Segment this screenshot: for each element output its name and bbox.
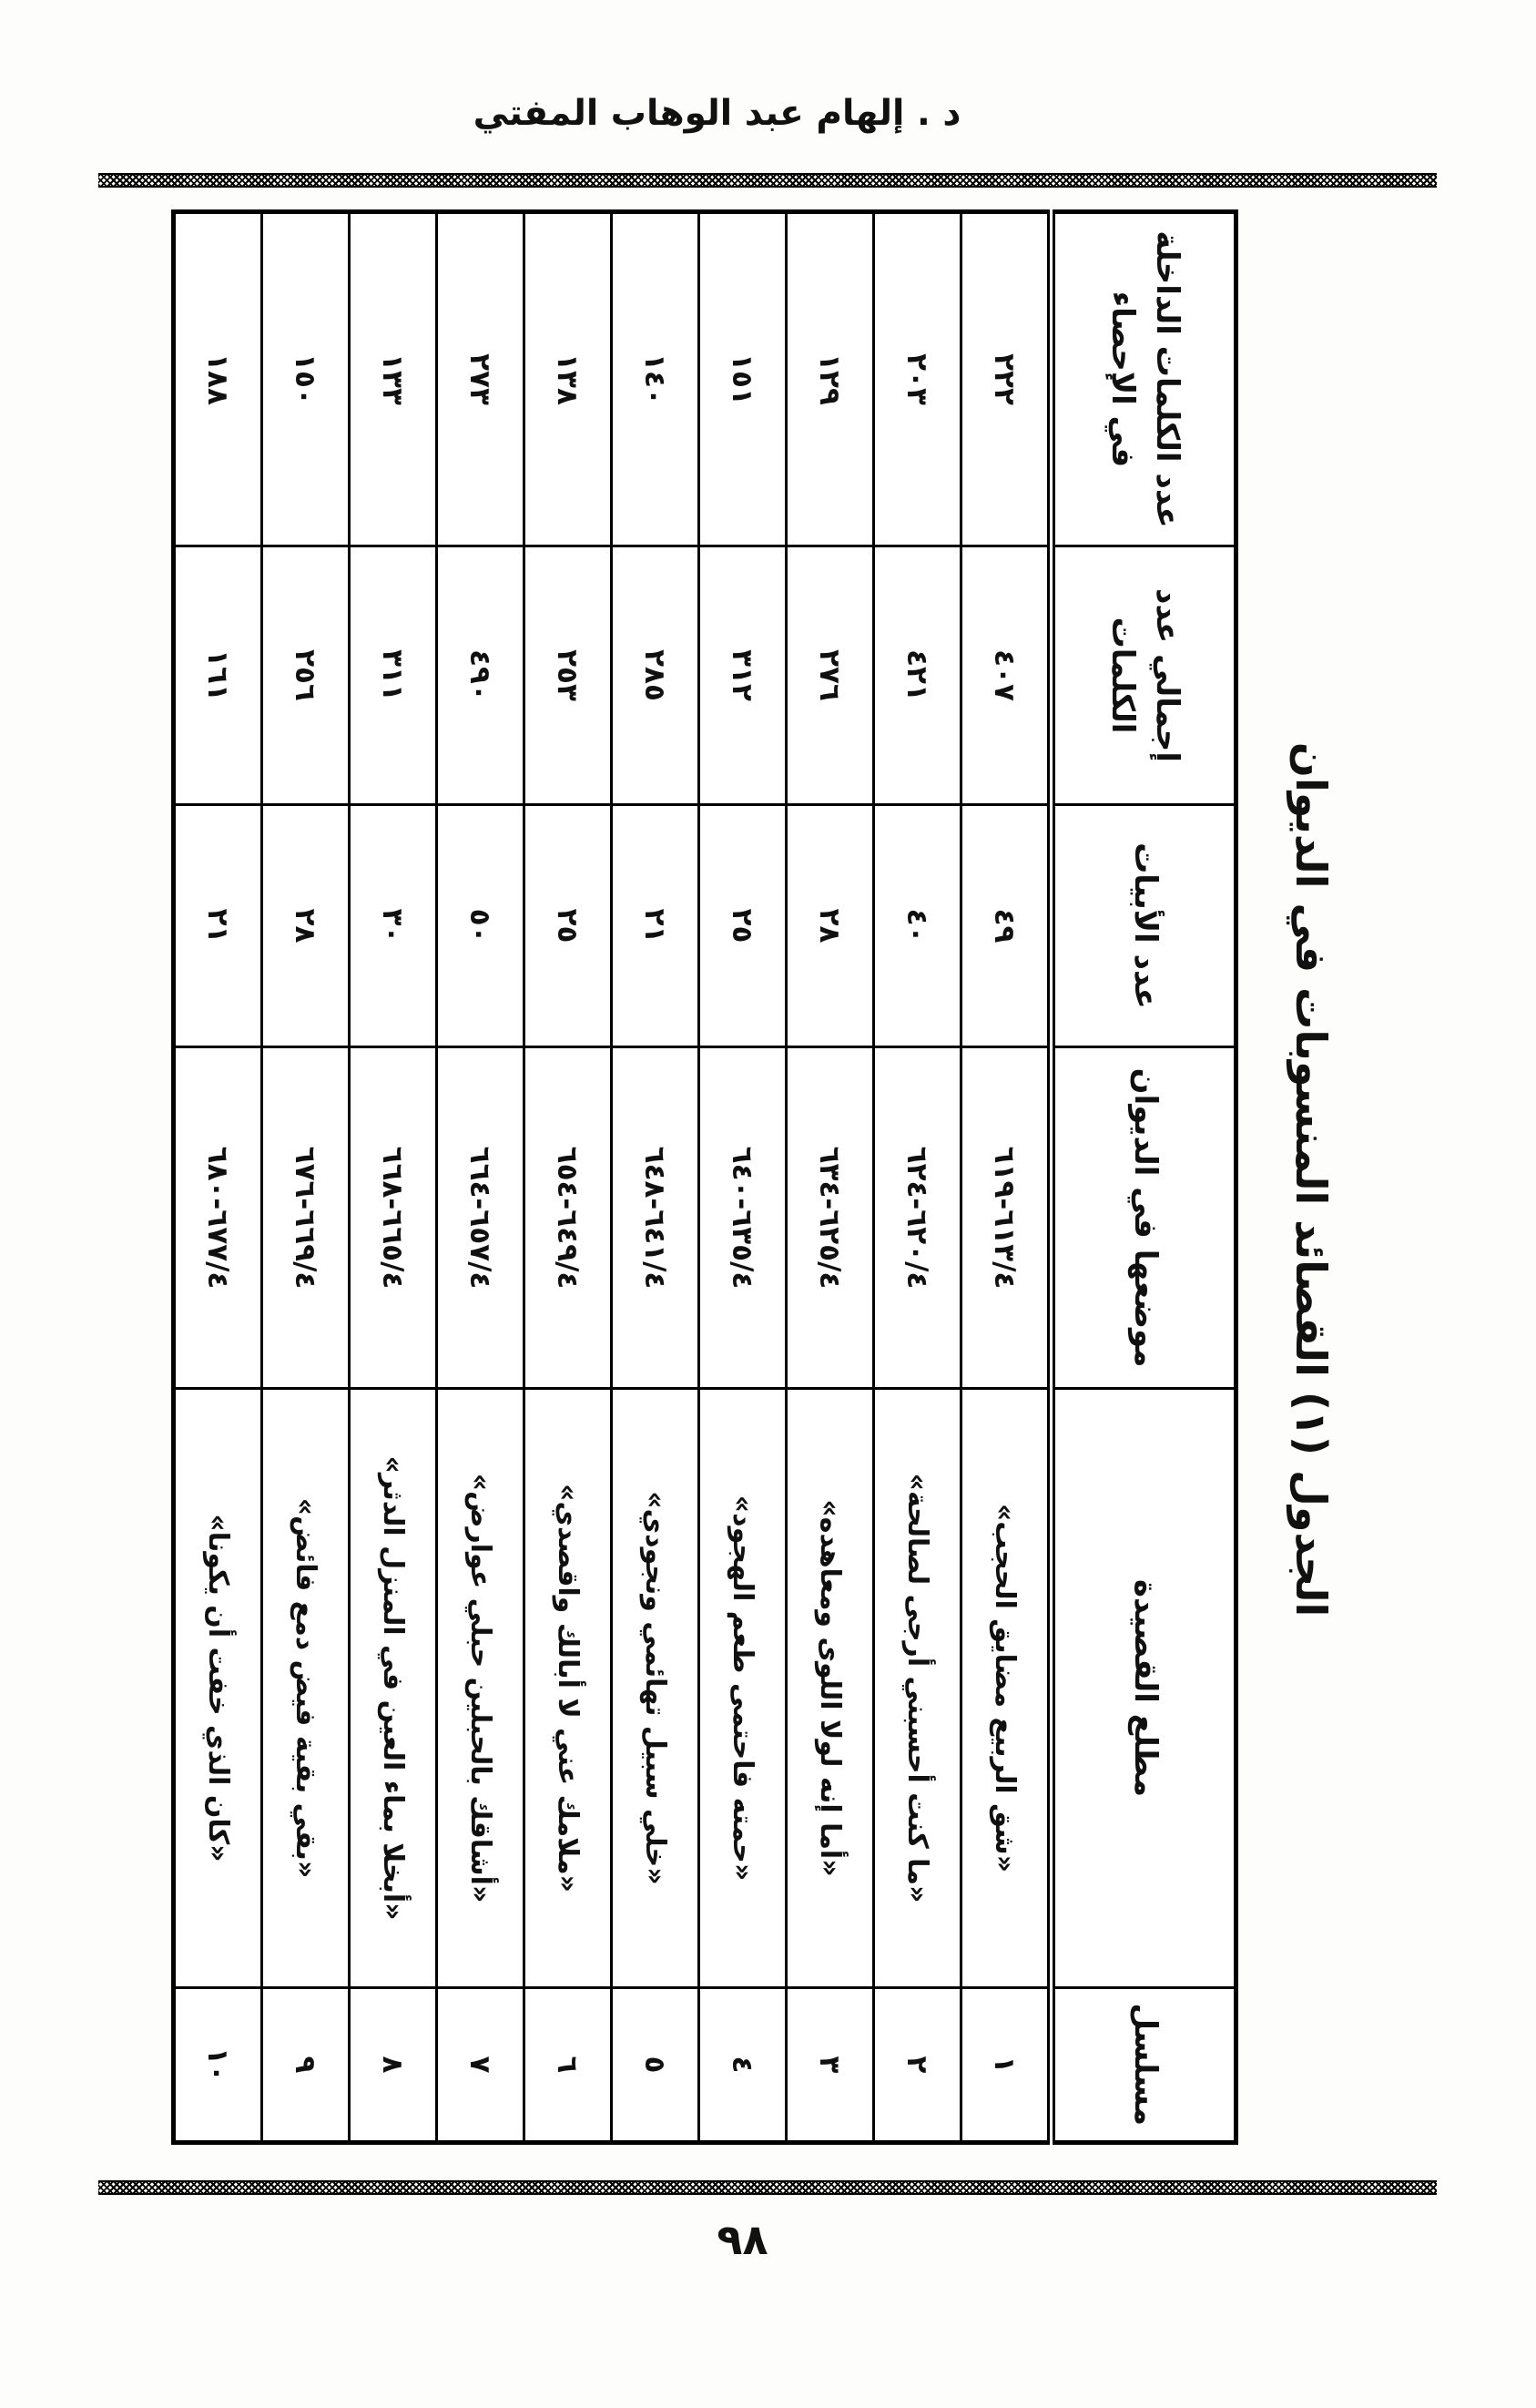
- verses-cell: ٤٩: [961, 805, 1052, 1047]
- counted-words-cell: ٢٠٣: [874, 212, 961, 546]
- matla-cell: «شق الربيع مضايق الحجب»: [961, 1389, 1052, 1988]
- total-words-cell: ٤٠٧: [961, 546, 1052, 805]
- serial-cell: ٥: [612, 1988, 699, 2143]
- matla-cell: «أشاقك بالحبلين حبلي عوارض»: [437, 1389, 524, 1988]
- total-words-cell: ٢٥٣: [524, 546, 612, 805]
- verses-cell: ٥٠: [437, 805, 524, 1047]
- table-row: ٦ «ملامك عني لا أبالك واقصدي» ٦٥٤-٦٤٩/٤ …: [524, 212, 612, 2143]
- matla-cell: «بقي بقية فيض دمع فائض»: [262, 1389, 350, 1988]
- col-header-matla: مطلع القصيدة: [1052, 1389, 1236, 1988]
- table-header-row: مسلسل مطلع القصيدة موضعها في الديوان عدد…: [1052, 212, 1236, 2143]
- matla-cell: «خلي سبيل تهائمي ونجودي»: [612, 1389, 699, 1988]
- location-cell: ٦٦٨-٦٦٥/٤: [350, 1047, 437, 1389]
- verses-cell: ٤٠: [874, 805, 961, 1047]
- decorative-rule-top: [98, 173, 1437, 188]
- serial-cell: ٦: [524, 1988, 612, 2143]
- matla-cell: «كان الذي خفت أن يكونا»: [174, 1389, 262, 1988]
- total-words-cell: ٢٨٥: [612, 546, 699, 805]
- table-row: ٨ «أبخلا بماء العين في المنزل الدثر» ٦٦٨…: [350, 212, 437, 2143]
- serial-cell: ١٠: [174, 1988, 262, 2143]
- serial-cell: ٩: [262, 1988, 350, 2143]
- location-cell: ٦٧٦-٦٦٩/٤: [262, 1047, 350, 1389]
- author-header: د . إلهام عبد الوهاب المفتي: [0, 93, 1434, 134]
- serial-cell: ٣: [787, 1988, 874, 2143]
- total-words-cell: ٣١٢: [699, 546, 787, 805]
- location-cell: ٦٤٠-٦٣٥/٤: [699, 1047, 787, 1389]
- table-row: ٥ «خلي سبيل تهائمي ونجودي» ٦٤٨-٦٤١/٤ ٢١ …: [612, 212, 699, 2143]
- location-cell: ٦٢٤-٦٢٠/٤: [874, 1047, 961, 1389]
- total-words-cell: ١٦١: [174, 546, 262, 805]
- verses-cell: ٢٥: [524, 805, 612, 1047]
- counted-words-cell: ٢٧٣: [437, 212, 524, 546]
- verses-cell: ٣٠: [350, 805, 437, 1047]
- counted-words-cell: ١٣٣: [350, 212, 437, 546]
- location-cell: ٦١٩-٦١٣/٤: [961, 1047, 1052, 1389]
- table-row: ٤ «حمته فاحتمى طعم الهجود» ٦٤٠-٦٣٥/٤ ٢٥ …: [699, 212, 787, 2143]
- col-header-counted-words: عدد الكلمات الداخلة في الإحصاء: [1052, 212, 1236, 546]
- verses-cell: ٢١: [174, 805, 262, 1047]
- total-words-cell: ٣١١: [350, 546, 437, 805]
- table-row: ١٠ «كان الذي خفت أن يكونا» ٦٨٠-٦٧٧/٤ ٢١ …: [174, 212, 262, 2143]
- poems-table: مسلسل مطلع القصيدة موضعها في الديوان عدد…: [171, 209, 1238, 2145]
- total-words-cell: ٢٥٦: [262, 546, 350, 805]
- col-header-total-words: إجمالي عدد الكلمات: [1052, 546, 1236, 805]
- verses-cell: ٢١: [612, 805, 699, 1047]
- verses-cell: ٢٨: [787, 805, 874, 1047]
- serial-cell: ١: [961, 1988, 1052, 2143]
- table-row: ٧ «أشاقك بالحبلين حبلي عوارض» ٦٦٤-٦٥٧/٤ …: [437, 212, 524, 2143]
- table-title: الجدول (١) القصائد المنسوبات في الديوان: [1238, 214, 1384, 2145]
- matla-cell: «ملامك عني لا أبالك واقصدي»: [524, 1389, 612, 1988]
- total-words-cell: ٢٧٦: [787, 546, 874, 805]
- matla-cell: «حمته فاحتمى طعم الهجود»: [699, 1389, 787, 1988]
- location-cell: ٦٦٤-٦٥٧/٤: [437, 1047, 524, 1389]
- serial-cell: ٨: [350, 1988, 437, 2143]
- serial-cell: ٢: [874, 1988, 961, 2143]
- matla-cell: «ما كنت أحسبني أرجى لصالحة»: [874, 1389, 961, 1988]
- col-header-serial: مسلسل: [1052, 1988, 1236, 2143]
- counted-words-cell: ١٥٠: [262, 212, 350, 546]
- location-cell: ٦٥٤-٦٤٩/٤: [524, 1047, 612, 1389]
- table-row: ٩ «بقي بقية فيض دمع فائض» ٦٧٦-٦٦٩/٤ ٢٨ ٢…: [262, 212, 350, 2143]
- total-words-cell: ٤٢١: [874, 546, 961, 805]
- location-cell: ٦٣٤-٦٢٥/٤: [787, 1047, 874, 1389]
- counted-words-cell: ١٤٠: [612, 212, 699, 546]
- col-header-location: موضعها في الديوان: [1052, 1047, 1236, 1389]
- table-row: ٣ «أما إنه لولا اللوى ومعاهده» ٦٣٤-٦٢٥/٤…: [787, 212, 874, 2143]
- decorative-rule-bottom: [98, 2180, 1437, 2195]
- counted-words-cell: ١٢٩: [787, 212, 874, 546]
- matla-cell: «أما إنه لولا اللوى ومعاهده»: [787, 1389, 874, 1988]
- serial-cell: ٤: [699, 1988, 787, 2143]
- location-cell: ٦٨٠-٦٧٧/٤: [174, 1047, 262, 1389]
- table-row: ١ «شق الربيع مضايق الحجب» ٦١٩-٦١٣/٤ ٤٩ ٤…: [961, 212, 1052, 2143]
- rotated-table-content: الجدول (١) القصائد المنسوبات في الديوان …: [202, 214, 1384, 2145]
- col-header-verses: عدد الأبيات: [1052, 805, 1236, 1047]
- matla-cell: «أبخلا بماء العين في المنزل الدثر»: [350, 1389, 437, 1988]
- location-cell: ٦٤٨-٦٤١/٤: [612, 1047, 699, 1389]
- verses-cell: ٢٥: [699, 805, 787, 1047]
- rotated-table-region: الجدول (١) القصائد المنسوبات في الديوان …: [202, 214, 1384, 2145]
- page-number: ٩٨: [0, 2215, 1485, 2264]
- counted-words-cell: ١٣٨: [524, 212, 612, 546]
- counted-words-cell: ١٥١: [699, 212, 787, 546]
- serial-cell: ٧: [437, 1988, 524, 2143]
- counted-words-cell: ٢٢٢: [961, 212, 1052, 546]
- table-row: ٢ «ما كنت أحسبني أرجى لصالحة» ٦٢٤-٦٢٠/٤ …: [874, 212, 961, 2143]
- verses-cell: ٢٨: [262, 805, 350, 1047]
- scanned-page: { "page": { "author_header": "د . إلهام …: [0, 0, 1536, 2408]
- total-words-cell: ٤٩٠: [437, 546, 524, 805]
- counted-words-cell: ١٨٨: [174, 212, 262, 546]
